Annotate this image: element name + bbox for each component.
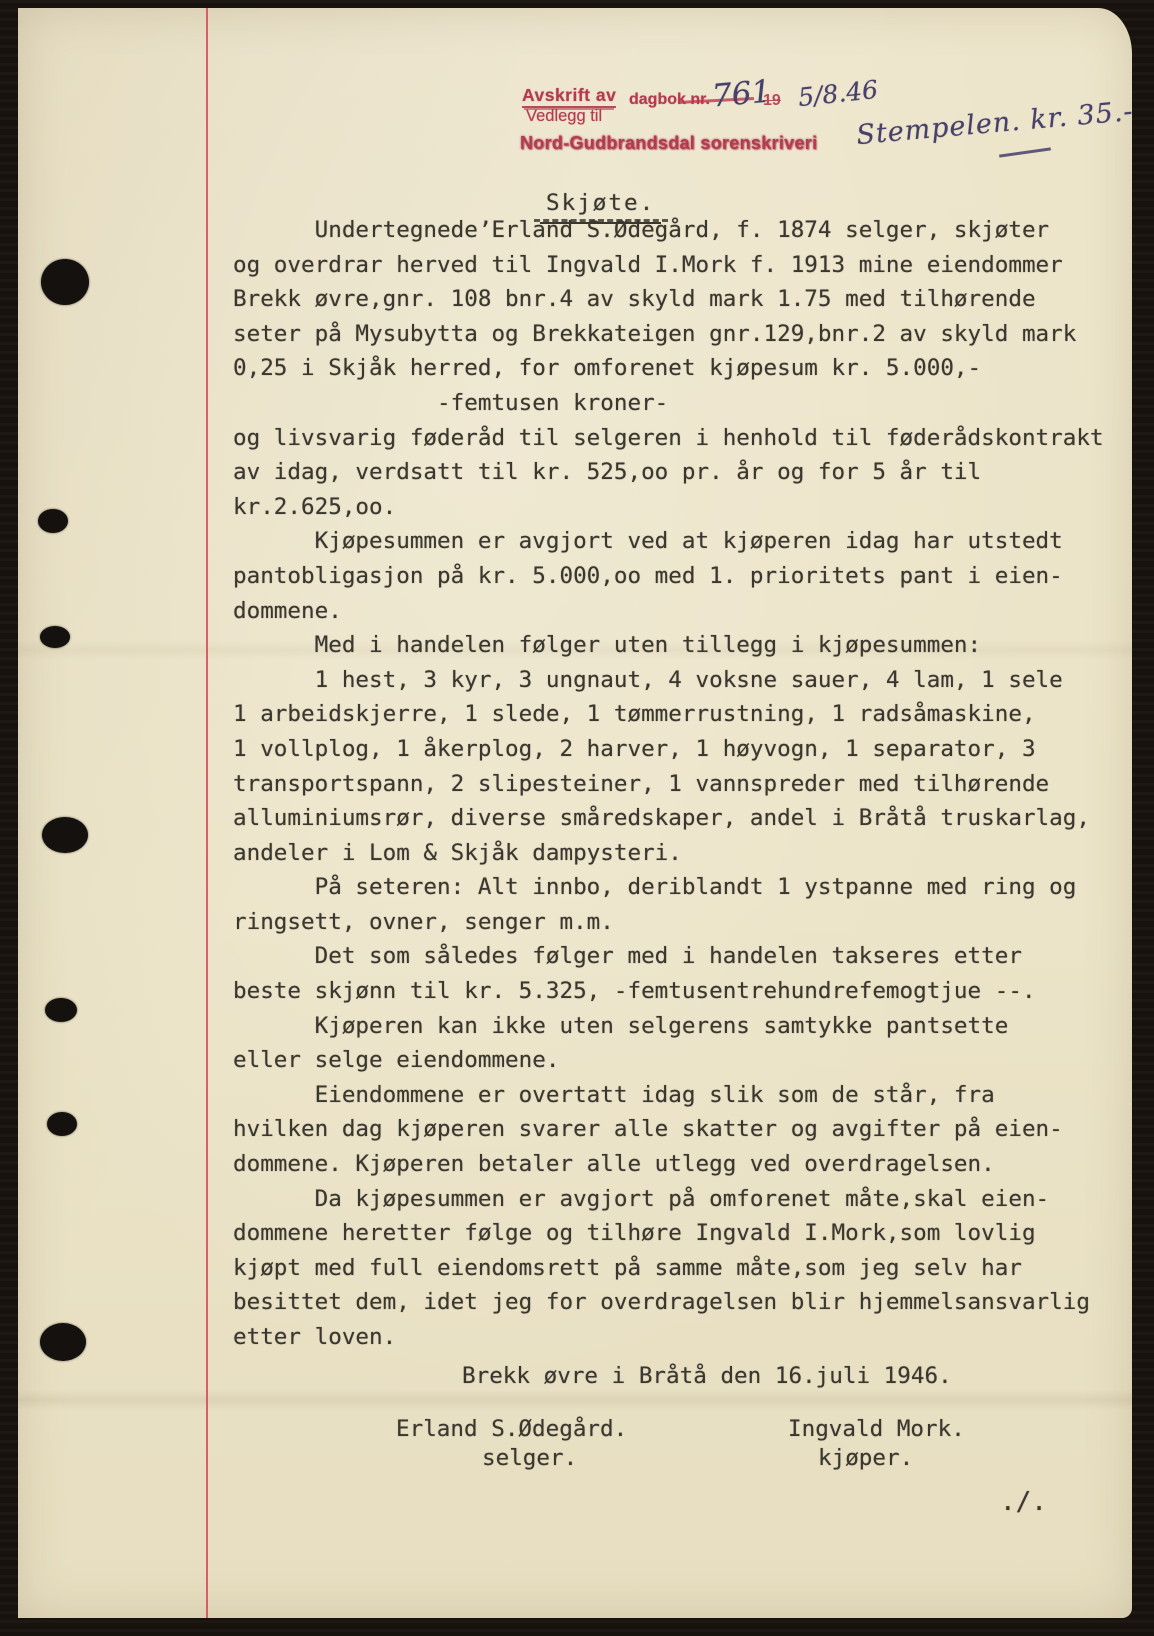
stamp-vedlegg-label: Vedlegg til <box>526 107 602 126</box>
stamp-office-name: Nord-Gudbrandsdal sorenskriveri <box>520 133 817 154</box>
punch-hole <box>45 998 77 1022</box>
handwritten-dagbok-number: 761 <box>711 73 773 114</box>
punch-hole <box>47 1112 77 1136</box>
punch-hole <box>38 509 68 533</box>
place-date-line: Brekk øvre i Bråtå den 16.juli 1946. <box>462 1359 952 1394</box>
seller-signature-role: selger. <box>482 1441 577 1476</box>
punch-hole <box>40 626 70 648</box>
punch-hole <box>42 817 88 853</box>
stamp-avskrift-label: Avskrift av <box>522 85 616 108</box>
punch-hole <box>40 1323 86 1361</box>
page-continuation-mark: ./. <box>1000 1485 1047 1520</box>
deed-body-text: Undertegnede Erland S.Ødegård, f. 1874 s… <box>233 213 1117 1355</box>
scanned-document-page: Avskrift av dagbok nr. 19 Vedlegg til No… <box>0 0 1154 1636</box>
red-margin-line <box>206 8 208 1618</box>
punch-hole <box>41 259 89 305</box>
buyer-signature-role: kjøper. <box>818 1441 913 1476</box>
